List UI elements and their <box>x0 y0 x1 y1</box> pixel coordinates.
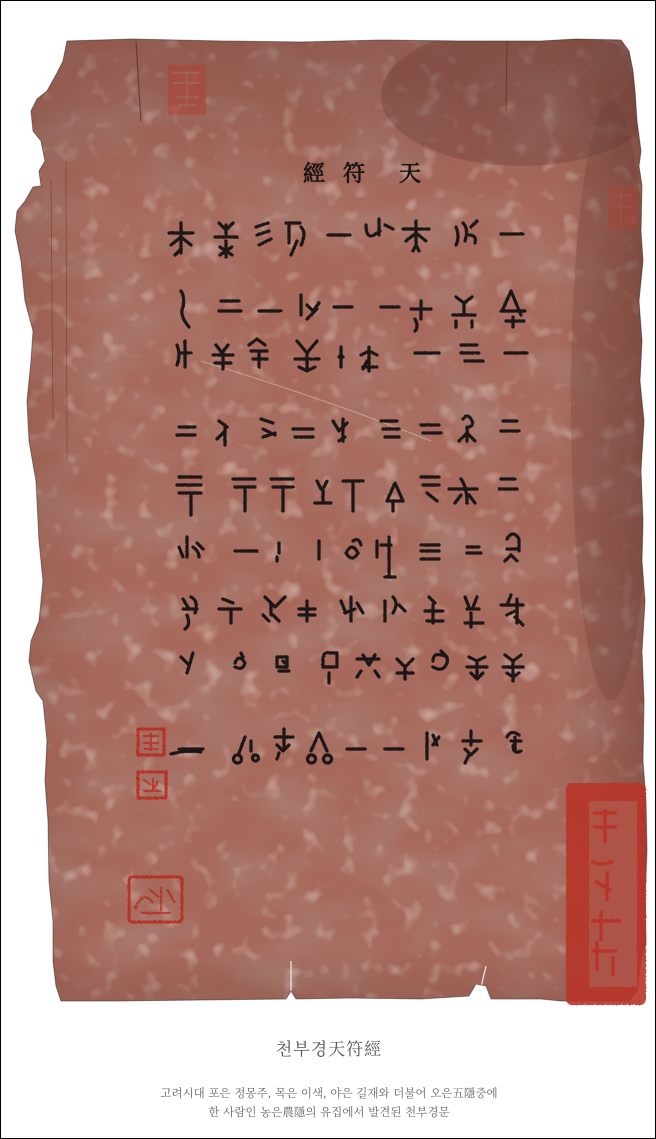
seal-top-left <box>168 65 206 115</box>
paper-sheet <box>1 1 656 1031</box>
caption-title: 천부경天符經 <box>1 1035 656 1060</box>
page-frame: 經 符 天 <box>0 0 656 1139</box>
manuscript-heading: 經 符 天 <box>303 161 421 187</box>
caption-body: 고려시대 포은 정몽주, 목은 이색, 야은 길재와 더불어 오은五隱중에 한 … <box>1 1084 656 1122</box>
manuscript-photo: 經 符 天 <box>1 1 656 1031</box>
seal-right-bottom-large <box>566 783 646 1005</box>
heading-char-3: 經 <box>303 161 325 187</box>
seal-right-edge <box>608 187 638 229</box>
caption-line-1: 고려시대 포은 정몽주, 목은 이색, 야은 길재와 더불어 오은五隱중에 <box>1 1084 656 1103</box>
heading-char-1: 天 <box>399 161 421 187</box>
caption-line-2: 한 사람인 농은農隱의 유집에서 발견된 천부경문 <box>1 1103 656 1122</box>
heading-char-2: 符 <box>343 161 365 187</box>
